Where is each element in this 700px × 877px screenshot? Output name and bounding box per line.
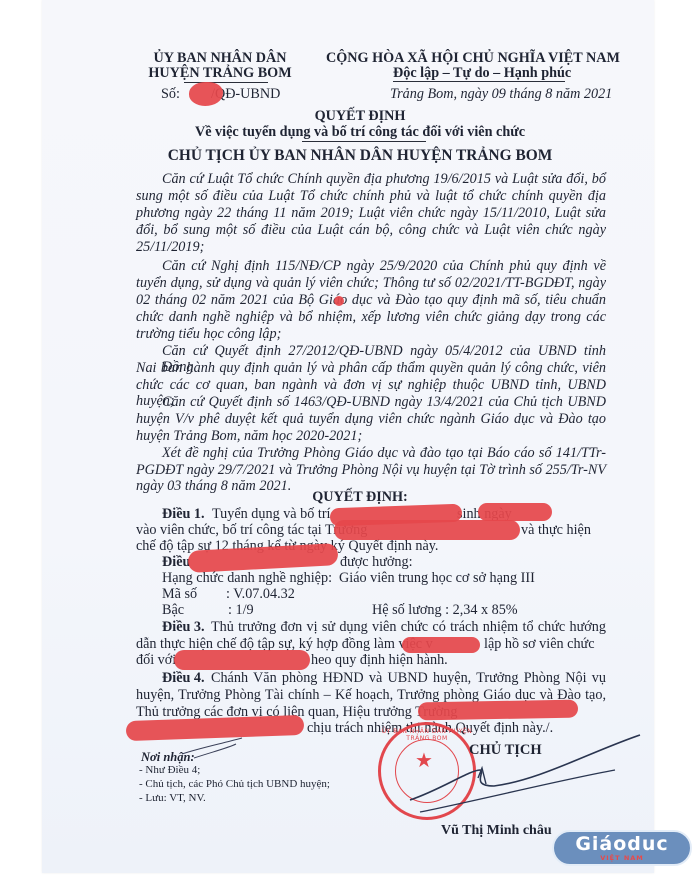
watermark-sub-text: VIỆT NAM: [554, 854, 690, 862]
watermark-main-text: Giáoduc: [554, 834, 690, 854]
publisher-watermark-logo: Giáoduc VIỆT NAM: [552, 830, 692, 866]
signature-icon: [0, 0, 700, 877]
signer-name: Vũ Thị Minh châu: [441, 823, 552, 839]
